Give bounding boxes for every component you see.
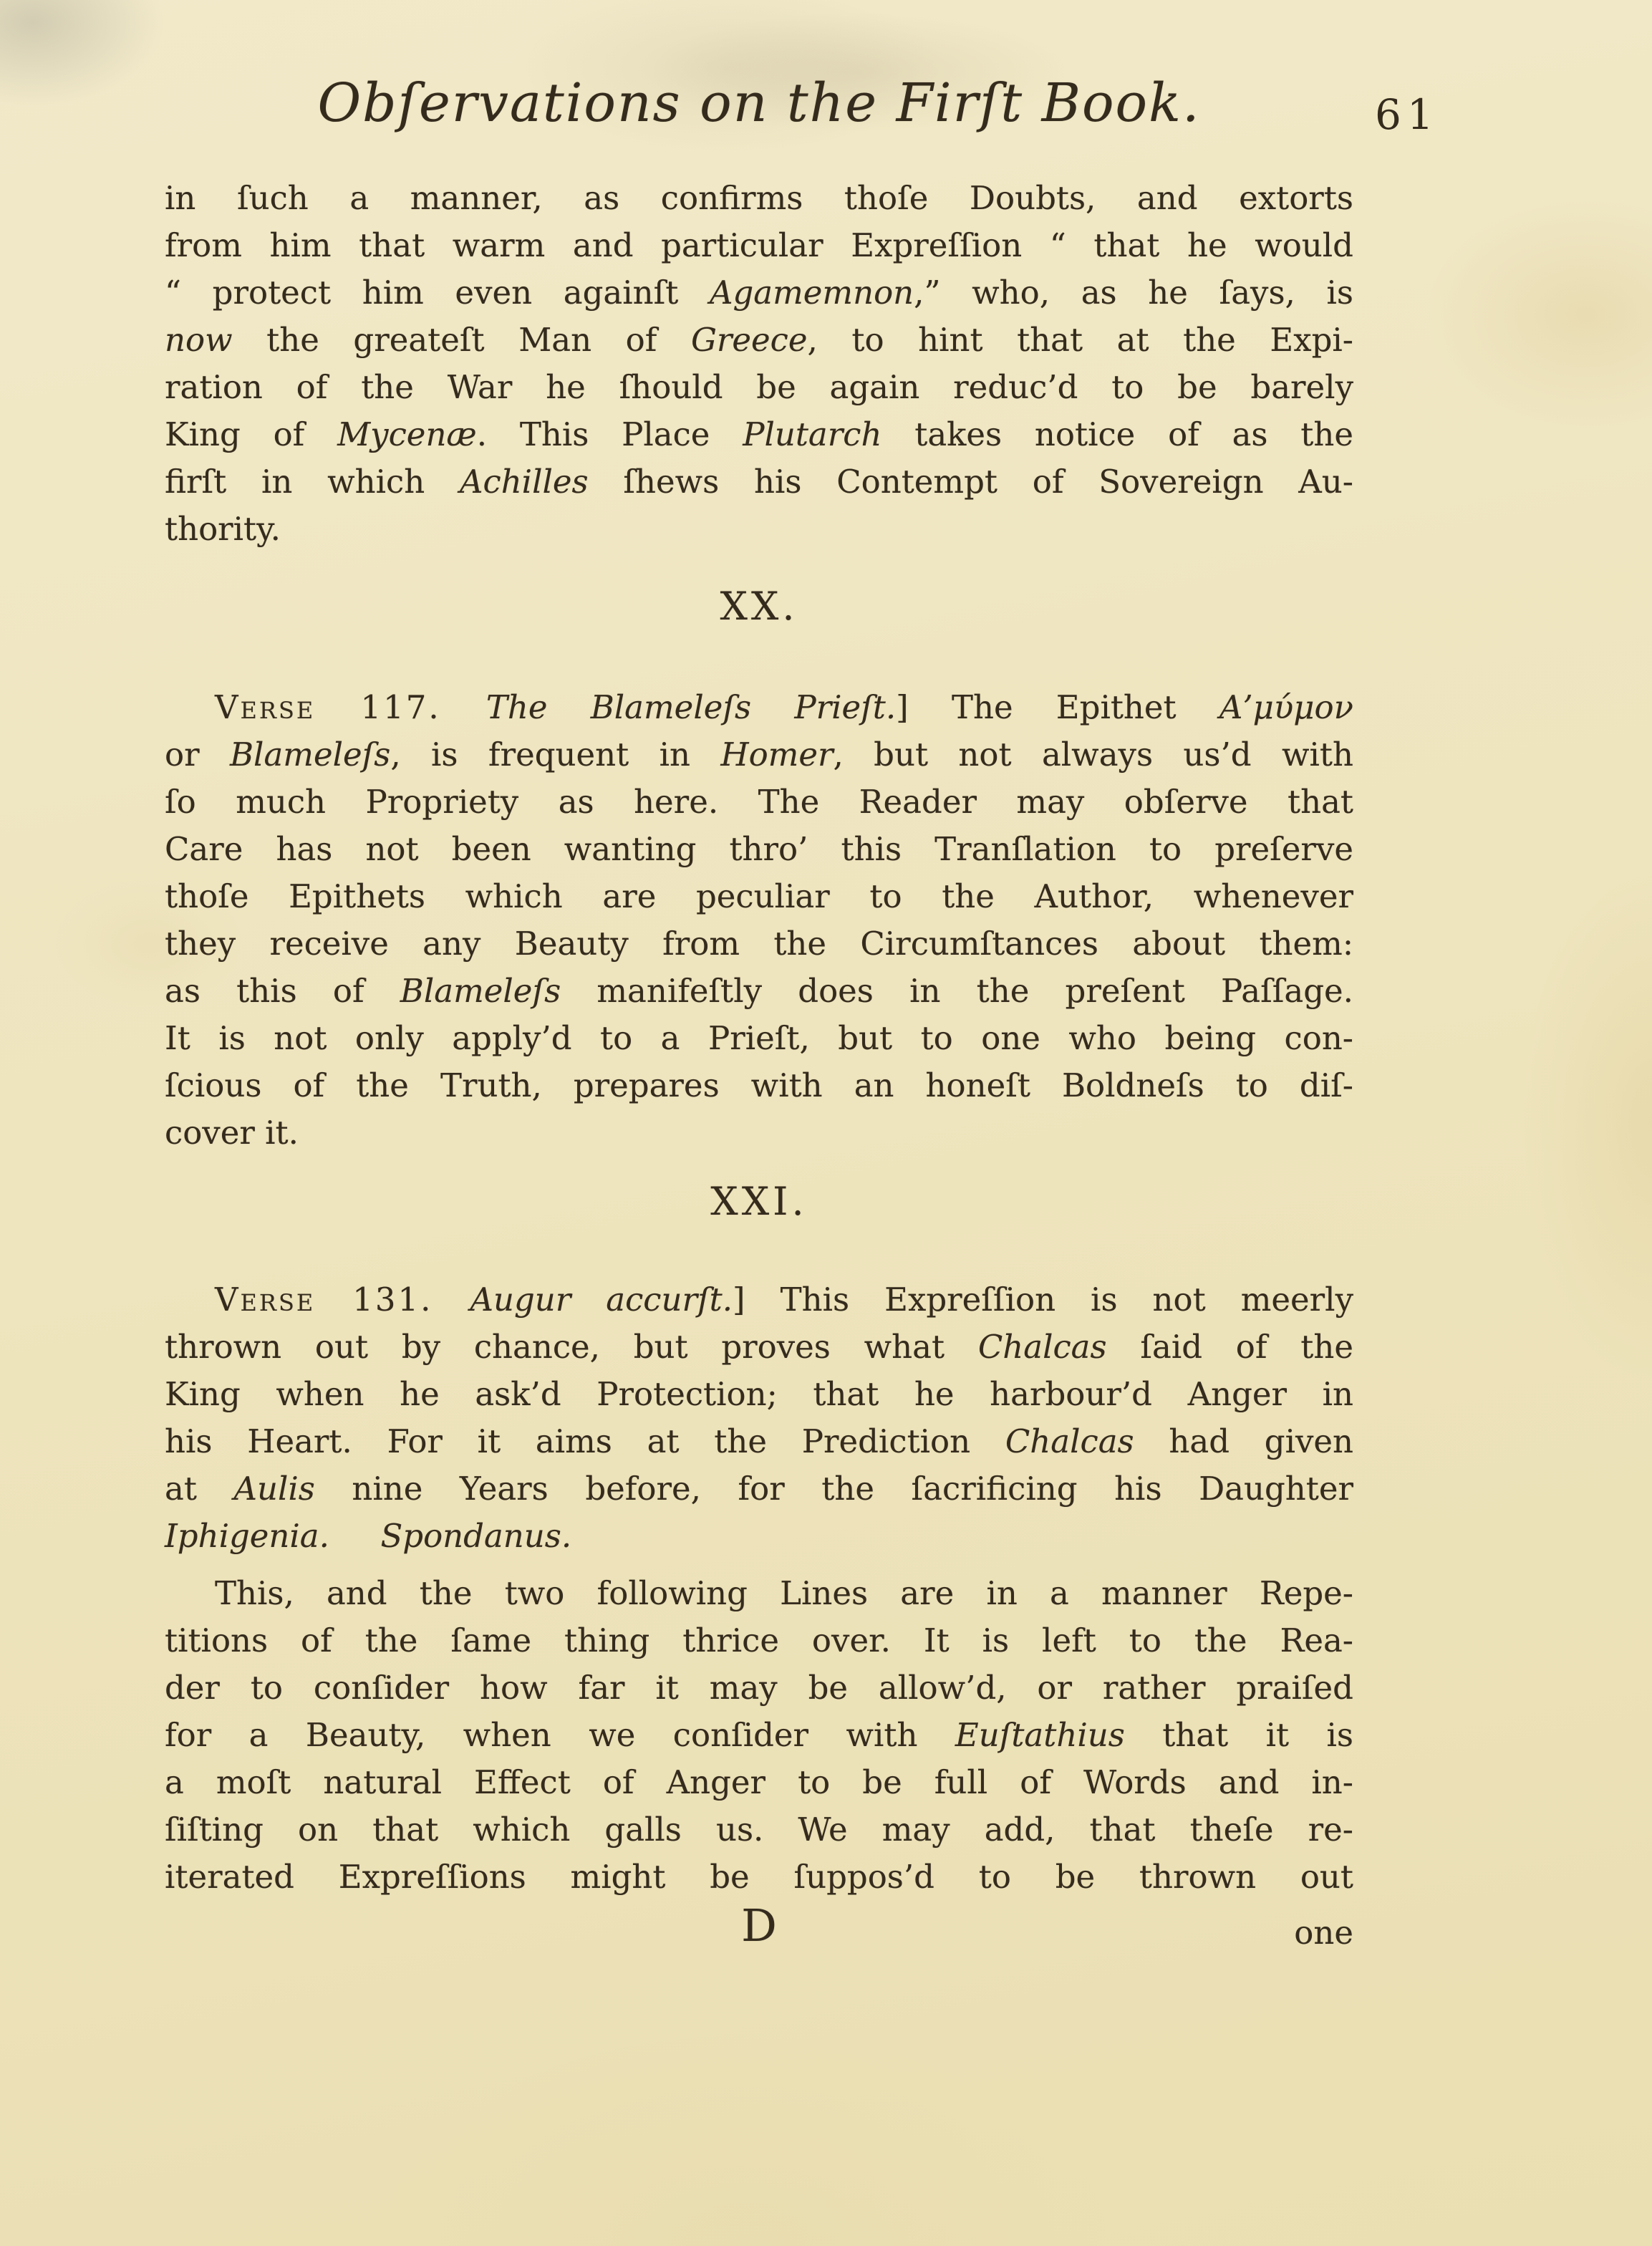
- text-line: iterated Expreſſions might be ſuppos’d t…: [165, 1854, 1353, 1901]
- text-segment: Chalcas: [1005, 1422, 1134, 1460]
- text-line: This, and the two following Lines are in…: [165, 1570, 1353, 1617]
- text-line: der to conſider how far it may be allow’…: [165, 1664, 1353, 1712]
- text-segment: Blameleſs: [230, 736, 390, 773]
- text-line: in ſuch a manner, as confirms thoſe Doub…: [165, 175, 1353, 222]
- text-line: ration of the War he ſhould be again red…: [165, 364, 1353, 411]
- text-segment: iterated Expreſſions might be ſuppos’d t…: [165, 1858, 1353, 1896]
- text-segment: Care has not been wanting thro’ this Tra…: [165, 830, 1353, 868]
- section-heading: XXI.: [165, 1178, 1353, 1225]
- text-segment: now: [165, 321, 233, 359]
- text-segment: , to hint that at the Expi-: [808, 321, 1353, 359]
- text-line: ſcious of the Truth, prepares with an ho…: [165, 1062, 1353, 1109]
- text-segment: takes notice of as the: [881, 415, 1353, 453]
- catchword: one: [1294, 1914, 1353, 1952]
- text-segment: ſcious of the Truth, prepares with an ho…: [165, 1066, 1353, 1104]
- text-line: It is not only apply’d to a Prieſt, but …: [165, 1015, 1353, 1062]
- text-segment: , but not always us’d with: [833, 736, 1353, 773]
- text-line: Verse 131. Augur accurſt.] This Expreſſi…: [165, 1276, 1353, 1324]
- text-segment: Aulis: [233, 1470, 314, 1508]
- text-segment: manifeſtly does in the preſent Paſſage.: [561, 972, 1353, 1010]
- text-line: Care has not been wanting thro’ this Tra…: [165, 826, 1353, 873]
- text-segment: as this of: [165, 972, 400, 1010]
- text-segment: ] The Epithet: [896, 688, 1219, 726]
- text-segment: in ſuch a manner, as confirms thoſe Doub…: [165, 179, 1353, 217]
- paragraph: This, and the two following Lines are in…: [165, 1570, 1353, 1901]
- text-segment: Mycenæ: [337, 415, 477, 453]
- text-line: at Aulis nine Years before, for the ſacr…: [165, 1465, 1353, 1513]
- text-segment: ] This Expreſſion is not meerly: [733, 1281, 1353, 1319]
- text-line: King of Mycenæ. This Place Plutarch take…: [165, 411, 1353, 458]
- text-segment: or: [165, 736, 230, 773]
- text-line: his Heart. For it aims at the Prediction…: [165, 1418, 1353, 1465]
- text-segment: ſhews his Contempt of Sovereign Au-: [589, 463, 1353, 501]
- text-line: thoſe Epithets which are peculiar to the…: [165, 873, 1353, 920]
- text-line: King when he ask’d Protection; that he h…: [165, 1371, 1353, 1418]
- running-title: Obſervations on the Firſt Book.: [165, 74, 1353, 132]
- paragraph: in ſuch a manner, as confirms thoſe Doub…: [165, 175, 1353, 553]
- text-segment: This, and the two following Lines are in…: [215, 1574, 1353, 1612]
- text-segment: ,” who, as he ſays, is: [914, 274, 1353, 312]
- text-segment: the greateſt Man of: [233, 321, 691, 359]
- text-segment: thority.: [165, 510, 281, 548]
- text-segment: der to conſider how far it may be allow’…: [165, 1669, 1353, 1707]
- text-segment: ration of the War he ſhould be again red…: [165, 368, 1353, 406]
- text-line: for a Beauty, when we conſider with Euſt…: [165, 1712, 1353, 1759]
- text-line: titions of the ſame thing thrice over. I…: [165, 1617, 1353, 1664]
- text-line: as this of Blameleſs manifeſtly does in …: [165, 968, 1353, 1015]
- text-segment: Verse 131.: [215, 1281, 470, 1319]
- text-segment: titions of the ſame thing thrice over. I…: [165, 1621, 1353, 1659]
- text-segment: Agamemnon: [710, 274, 914, 312]
- text-line: ſo much Propriety as here. The Reader ma…: [165, 779, 1353, 826]
- text-segment: Blameleſs: [400, 972, 561, 1010]
- text-segment: a moſt natural Effect of Anger to be ful…: [165, 1763, 1353, 1801]
- text-segment: Greece: [691, 321, 808, 359]
- text-segment: Augur accurſt.: [470, 1281, 733, 1319]
- text-segment: ſo much Propriety as here. The Reader ma…: [165, 783, 1353, 821]
- signature-mark: D: [741, 1899, 777, 1952]
- text-segment: Plutarch: [743, 415, 881, 453]
- text-line: a moſt natural Effect of Anger to be ful…: [165, 1759, 1353, 1806]
- text-line: now the greateſt Man of Greece, to hint …: [165, 317, 1353, 364]
- text-segment: Verse 117.: [215, 688, 486, 726]
- paragraph: Verse 131. Augur accurſt.] This Expreſſi…: [165, 1276, 1353, 1560]
- text-segment: thrown out by chance, but proves what: [165, 1328, 978, 1366]
- page-footer: D one: [165, 1899, 1353, 1978]
- text-segment: that it is: [1125, 1716, 1353, 1754]
- text-segment: The Blameleſs Prieſt.: [486, 688, 896, 726]
- text-line: they receive any Beauty from the Circumſ…: [165, 920, 1353, 968]
- text-line: Iphigenia. Spondanus.: [165, 1513, 1353, 1560]
- text-line: from him that warm and particular Expreſ…: [165, 222, 1353, 269]
- text-segment: King when he ask’d Protection; that he h…: [165, 1375, 1353, 1413]
- section-heading: XX.: [165, 583, 1353, 630]
- text-segment: Spondanus.: [380, 1517, 571, 1555]
- text-segment: his Heart. For it aims at the Prediction: [165, 1422, 1005, 1460]
- text-line: firſt in which Achilles ſhews his Contem…: [165, 458, 1353, 506]
- text-line: Verse 117. The Blameleſs Prieſt.] The Ep…: [165, 684, 1353, 731]
- text-segment: Α’μύμον: [1219, 688, 1353, 726]
- text-segment: . This Place: [477, 415, 743, 453]
- text-segment: they receive any Beauty from the Circumſ…: [165, 925, 1353, 963]
- text-segment: Euſtathius: [955, 1716, 1125, 1754]
- text-segment: Homer: [720, 736, 833, 773]
- text-segment: King of: [165, 415, 337, 453]
- paragraph: Verse 117. The Blameleſs Prieſt.] The Ep…: [165, 684, 1353, 1157]
- text-segment: firſt in which: [165, 463, 460, 501]
- text-line: thority.: [165, 506, 1353, 553]
- text-line: cover it.: [165, 1109, 1353, 1157]
- book-page: Obſervations on the Firſt Book. 61 in ſu…: [0, 0, 1652, 2246]
- text-segment: ſaid of the: [1107, 1328, 1353, 1366]
- text-segment: , is frequent in: [390, 736, 720, 773]
- page-number: 61: [1375, 90, 1439, 139]
- text-segment: at: [165, 1470, 233, 1508]
- text-segment: ſiſting on that which galls us. We may a…: [165, 1811, 1353, 1849]
- text-segment: “ protect him even againſt: [165, 274, 710, 312]
- text-line: thrown out by chance, but proves what Ch…: [165, 1324, 1353, 1371]
- text-segment: from him that warm and particular Expreſ…: [165, 226, 1353, 264]
- text-segment: Achilles: [460, 463, 589, 501]
- text-line: or Blameleſs, is frequent in Homer, but …: [165, 731, 1353, 779]
- text-segment: had given: [1134, 1422, 1353, 1460]
- text-line: ſiſting on that which galls us. We may a…: [165, 1806, 1353, 1854]
- text-segment: It is not only apply’d to a Prieſt, but …: [165, 1019, 1353, 1057]
- text-segment: for a Beauty, when we conſider with: [165, 1716, 955, 1754]
- text-line: “ protect him even againſt Agamemnon,” w…: [165, 269, 1353, 317]
- page-body: in ſuch a manner, as confirms thoſe Doub…: [165, 175, 1353, 1901]
- text-segment: cover it.: [165, 1114, 299, 1152]
- text-segment: nine Years before, for the ſacrificing h…: [315, 1470, 1353, 1508]
- text-segment: [329, 1517, 381, 1555]
- text-segment: thoſe Epithets which are peculiar to the…: [165, 877, 1353, 915]
- text-segment: Iphigenia.: [165, 1517, 329, 1555]
- text-segment: Chalcas: [978, 1328, 1107, 1366]
